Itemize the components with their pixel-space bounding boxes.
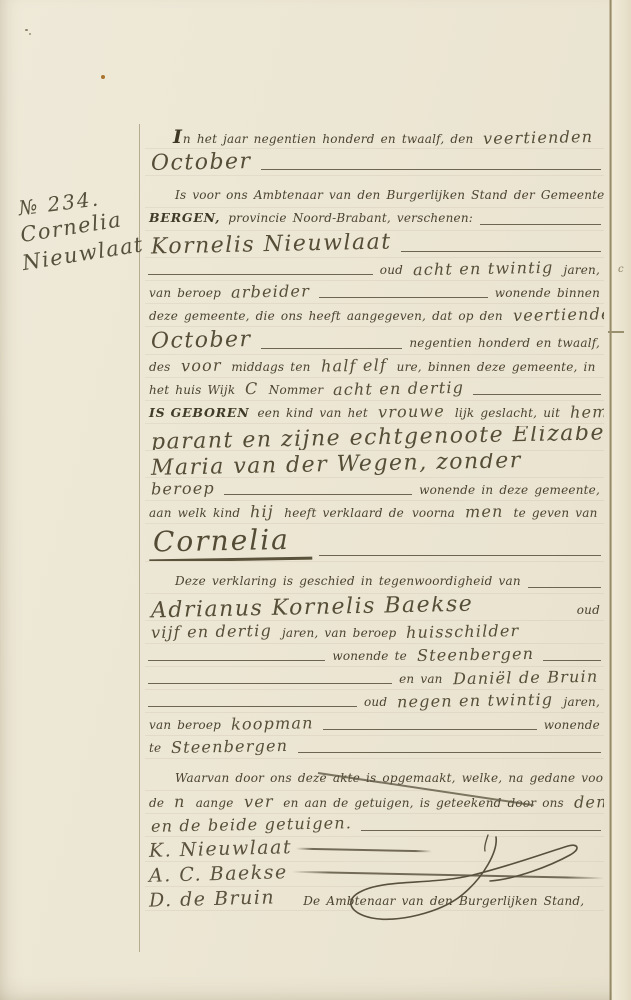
printed-text: jaren, — [564, 694, 600, 710]
printed-text: wonende — [544, 717, 600, 733]
printed-text: voorna — [412, 505, 455, 521]
paper-speck — [25, 29, 28, 31]
printed-text: n het jaar negentien honderd en twaalf, … — [183, 131, 474, 147]
printed-text: te — [149, 740, 161, 756]
act-line: In het jaar negentien honderd en twaalf,… — [145, 128, 604, 149]
handwritten-entry: veertienden — [513, 306, 604, 325]
act-line: beroepwonende in deze gemeente, — [145, 480, 604, 501]
margin-annotation: № 234. Cornelia Nieuwlaat — [17, 186, 140, 273]
act-line: wonende teSteenbergen — [145, 646, 604, 667]
printed-text: van beroep — [149, 717, 221, 733]
handwritten-entry: Daniël de Bruin — [452, 669, 598, 689]
act-line: van beroeparbeiderwonende binnen — [145, 283, 604, 304]
blank-line — [480, 224, 601, 225]
blank-line — [148, 706, 357, 707]
handwritten-entry: negen en twintig — [397, 692, 554, 712]
act-line: Deze verklaring is geschied in tegenwoor… — [145, 573, 604, 594]
blank-line — [224, 494, 412, 495]
printed-text: wonende binnen — [495, 285, 600, 301]
printed-text: aange — [196, 795, 234, 811]
handwritten-entry: half elf — [320, 357, 386, 376]
act-line: oudnegen en twintigjaren, — [145, 692, 604, 713]
adjacent-page-edge — [612, 0, 631, 1000]
adjacent-page-mark — [608, 331, 624, 333]
act-line: Maria van der Wegen, zonder — [145, 453, 604, 478]
blank-line — [261, 169, 601, 170]
handwritten-entry: vijf en dertig — [151, 623, 272, 642]
printed-text-bold: IS GEBOREN — [149, 405, 249, 422]
act-line: Octobernegentien honderd en twaalf, — [145, 329, 604, 354]
handwritten-entry: huisschilder — [406, 623, 520, 642]
printed-text: wonende in deze gemeente, — [419, 482, 600, 498]
act-line: desvoormiddags tenhalf elfure, binnen de… — [145, 357, 604, 378]
act-line: Adrianus Kornelis Baekseoud — [145, 596, 604, 621]
printed-text: wonende te — [332, 648, 407, 664]
handwritten-entry-large: October — [151, 329, 252, 354]
blank-line — [323, 729, 537, 730]
handwritten-entry-large: Maria van der Wegen, zonder — [151, 453, 522, 478]
paper-speck — [29, 33, 31, 35]
blank-line — [148, 683, 392, 684]
printed-text: de — [149, 795, 164, 811]
printed-text: het huis Wijk — [149, 382, 235, 398]
printed-text: oud — [577, 602, 600, 618]
act-line: teSteenbergen — [145, 738, 604, 759]
handwritten-signature: K. Nieuwlaat — [149, 839, 293, 862]
paper-speck — [101, 75, 105, 79]
handwritten-entry: ver — [243, 793, 273, 812]
handwritten-entry: Steenbergen — [417, 646, 535, 665]
act-line: van beroepkoopmanwonende — [145, 715, 604, 736]
number-label: № — [17, 194, 41, 220]
handwritten-entry: acht en dertig — [333, 380, 464, 400]
printed-text: en van — [399, 671, 443, 687]
act-line: aan welk kindhijheeft verklaard devoorna… — [145, 503, 604, 524]
act-line: het huis WijkCNommeracht en dertig — [145, 380, 604, 401]
act-line: BERGEN,provincie Noord-Brabant, verschen… — [145, 210, 604, 231]
printed-text: oud — [380, 262, 403, 278]
handwritten-entry: voor — [180, 357, 221, 376]
handwritten-entry: n — [174, 793, 186, 811]
handwritten-signature: D. de Bruin — [149, 889, 276, 912]
handwritten-entry: Steenbergen — [171, 738, 289, 757]
act-line: October — [145, 151, 604, 176]
printed-text: van beroep — [149, 285, 221, 301]
act-line: denaangeveren aan de getuigen, is geteek… — [145, 793, 604, 814]
blank-line — [473, 394, 601, 395]
printed-text: Is voor ons Ambtenaar van den Burgerlijk… — [175, 187, 604, 203]
act-line: Kornelis Nieuwlaat — [145, 233, 604, 258]
act-line: Is voor ons Ambtenaar van den Burgerlijk… — [145, 187, 604, 208]
handwritten-entry: hem com- — [570, 403, 604, 422]
blank-line — [148, 274, 373, 275]
printed-text: des — [149, 359, 171, 375]
handwritten-signature: A. C. Baekse — [149, 864, 288, 887]
printed-text: lijk geslacht, uit — [455, 405, 560, 421]
printed-text-bold: BERGEN, — [149, 210, 220, 227]
blank-line — [319, 555, 601, 556]
blank-line — [148, 660, 325, 661]
blank-line — [261, 348, 403, 349]
printed-text: jaren, van beroep — [282, 625, 396, 641]
printed-text: aan welk kind — [149, 505, 240, 521]
act-line: parant en zijne echtgenoote Elizabet — [145, 426, 604, 451]
adjacent-page-mark: c — [618, 264, 626, 274]
printed-text: negentien honderd en twaalf, — [409, 335, 600, 351]
handwritten-entry: koopman — [231, 715, 314, 734]
blank-line — [401, 251, 601, 252]
birth-certificate-page: № 234. Cornelia Nieuwlaat In het jaar ne… — [0, 0, 631, 1000]
handwritten-entry-large: parant en zijne echtgenoote Elizabet — [151, 426, 604, 451]
printed-text: te geven van — [514, 505, 598, 521]
printed-text: Nommer — [269, 382, 324, 398]
blank-line — [543, 660, 601, 661]
blank-line — [298, 752, 601, 753]
printed-text: ure, binnen deze gemeente, in — [397, 359, 596, 375]
handwritten-entry: vrouwe — [378, 403, 445, 422]
printed-text: Deze verklaring is geschied in tegenwoor… — [175, 573, 521, 589]
handwritten-entry: en de beide getuigen. — [151, 816, 352, 836]
blank-line — [319, 297, 488, 298]
act-line: vijf en dertigjaren, van beroephuisschil… — [145, 623, 604, 644]
printed-text: deze gemeente, die ons heeft aangegeven,… — [149, 308, 503, 324]
handwritten-entry: veertienden — [483, 128, 593, 148]
handwritten-entry: men — [465, 503, 504, 522]
handwritten-entry: acht en twintig — [413, 260, 554, 280]
handwritten-entry-large: October — [151, 151, 252, 176]
handwritten-entry: arbeider — [231, 283, 310, 302]
handwritten-entry: hij — [250, 503, 274, 522]
handwritten-entry: beroep — [151, 480, 215, 499]
blank-line — [528, 587, 601, 588]
act-line: IS GEBORENeen kind van hetvrouwelijk ges… — [145, 403, 604, 424]
handwritten-child-name: Cornelia — [149, 526, 312, 562]
printed-text: provincie Noord-Brabant, verschenen: — [228, 210, 473, 226]
handwritten-entry: C — [245, 380, 259, 399]
act-line: Cornelia — [145, 526, 604, 562]
printed-text: oud — [364, 694, 387, 710]
act-line: en vanDaniël de Bruin — [145, 669, 604, 690]
act-body: In het jaar negentien honderd en twaalf,… — [145, 128, 604, 913]
printed-text: jaren, — [564, 262, 600, 278]
act-line: oudacht en twintigjaren, — [145, 260, 604, 281]
act-line: deze gemeente, die ons heeft aangegeven,… — [145, 306, 604, 327]
printed-initial-capital: I — [173, 128, 182, 147]
printed-text: een kind van het — [257, 405, 367, 421]
handwritten-entry: den vader — [574, 793, 604, 812]
handwritten-entry-large: Kornelis Nieuwlaat — [151, 233, 392, 258]
blank-line — [361, 830, 601, 831]
handwritten-entry-large: Adrianus Kornelis Baekse — [151, 596, 474, 621]
official-signature-flourish — [338, 833, 608, 933]
printed-text: heeft verklaard de — [284, 505, 404, 521]
printed-text: middags ten — [231, 359, 310, 375]
